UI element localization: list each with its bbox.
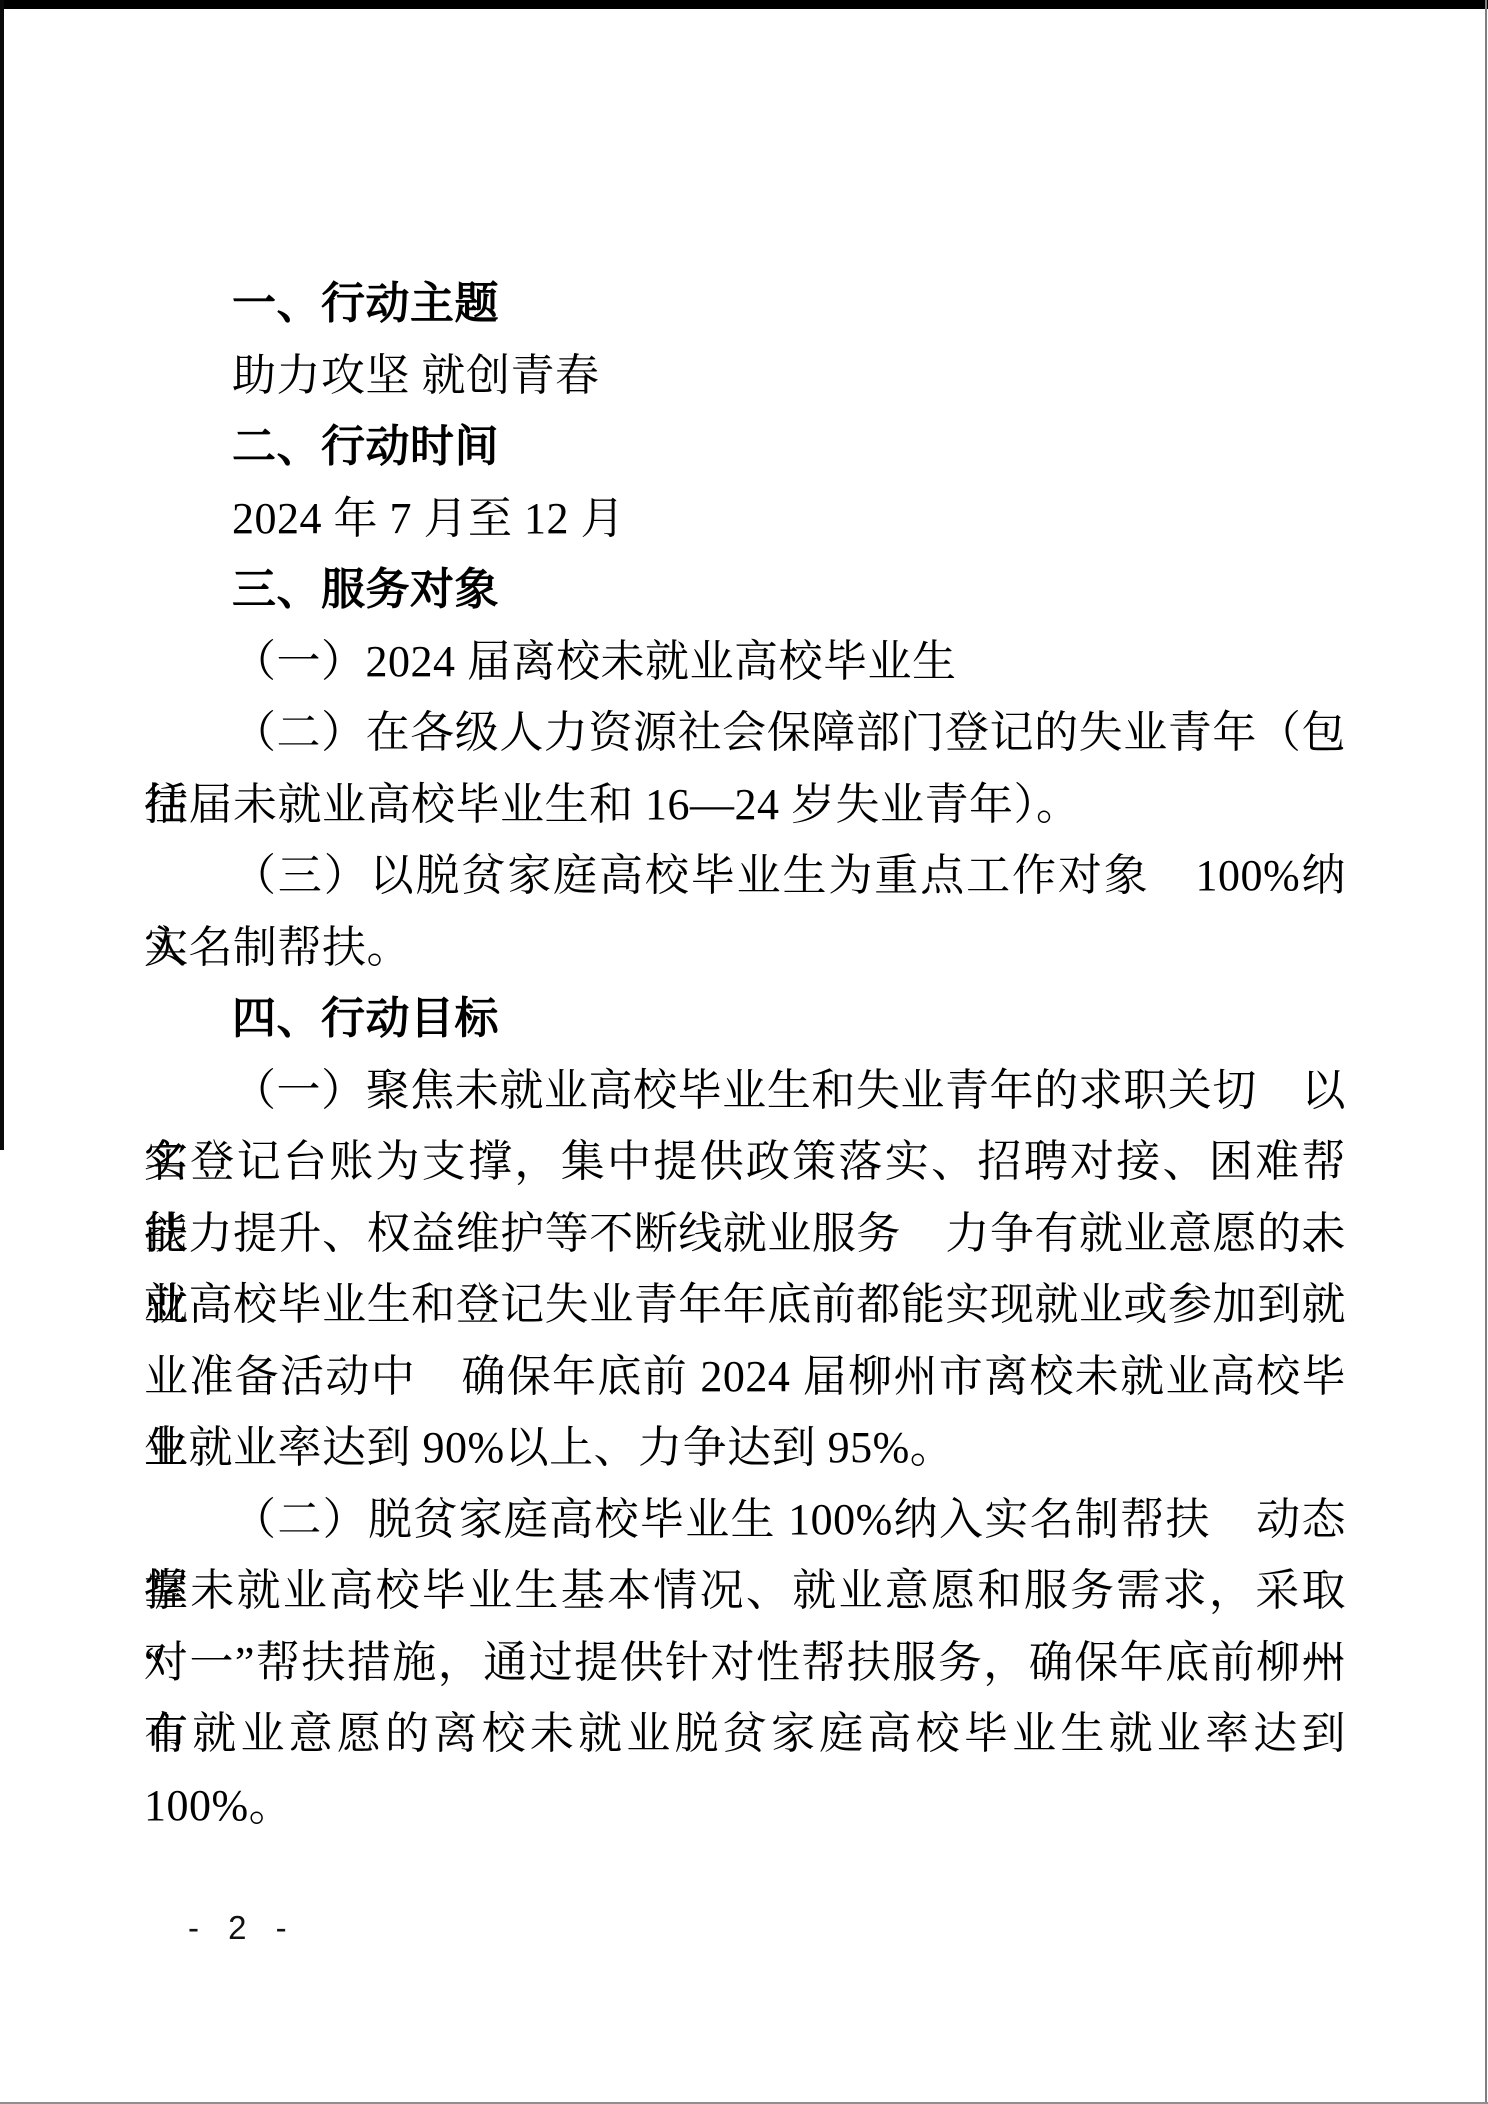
page-number: - 2 -: [188, 1906, 292, 1950]
line-goal-1c: 能力提升、权益维护等不断线就业服务 力争有就业意愿的未就: [144, 1198, 1346, 1270]
line-goal-1a: （一）聚焦未就业高校毕业生和失业青年的求职关切 以实: [144, 1055, 1346, 1127]
heading-action-goals: 四、行动目标: [144, 983, 1346, 1055]
scan-edge-left: [0, 0, 4, 1150]
line-goal-1b: 名登记台账为支撑，集中提供政策落实、招聘对接、困难帮扶、: [144, 1126, 1346, 1198]
heading-action-theme: 一、行动主题: [144, 268, 1346, 340]
line-action-theme-value: 助力攻坚 就创青春: [144, 340, 1346, 412]
heading-action-time: 二、行动时间: [144, 411, 1346, 483]
line-goal-2e: 100%。: [144, 1770, 1346, 1842]
line-goal-2b: 握未就业高校毕业生基本情况、就业意愿和服务需求，采取“一: [144, 1555, 1346, 1627]
line-service-target-2b: 往届未就业高校毕业生和 16—24 岁失业青年）。: [144, 769, 1346, 841]
line-service-target-3b: 实名制帮扶。: [144, 912, 1346, 984]
line-goal-1d: 业高校毕业生和登记失业青年年底前都能实现就业或参加到就: [144, 1269, 1346, 1341]
line-action-time-value: 2024 年 7 月至 12 月: [144, 483, 1346, 555]
line-goal-2a: （二）脱贫家庭高校毕业生 100%纳入实名制帮扶 动态掌: [144, 1484, 1346, 1556]
scan-edge-top: [0, 0, 1488, 9]
line-service-target-3a: （三）以脱贫家庭高校毕业生为重点工作对象 100%纳入: [144, 840, 1346, 912]
line-goal-1e: 业准备活动中 确保年底前 2024 届柳州市离校未就业高校毕业: [144, 1341, 1346, 1413]
line-goal-2c: 对一”帮扶措施，通过提供针对性帮扶服务，确保年底前柳州市: [144, 1627, 1346, 1699]
line-service-target-1: （一）2024 届离校未就业高校毕业生: [144, 626, 1346, 698]
line-goal-2d: 有就业意愿的离校未就业脱贫家庭高校毕业生就业率达到: [144, 1698, 1346, 1770]
line-goal-1f: 生就业率达到 90%以上、力争达到 95%。: [144, 1412, 1346, 1484]
scanned-document-page: 一、行动主题 助力攻坚 就创青春 二、行动时间 2024 年 7 月至 12 月…: [0, 0, 1488, 2104]
line-service-target-2a: （二）在各级人力资源社会保障部门登记的失业青年（包括: [144, 697, 1346, 769]
scan-edge-right: [1485, 0, 1487, 2104]
heading-service-targets: 三、服务对象: [144, 554, 1346, 626]
document-body: 一、行动主题 助力攻坚 就创青春 二、行动时间 2024 年 7 月至 12 月…: [144, 268, 1346, 1841]
